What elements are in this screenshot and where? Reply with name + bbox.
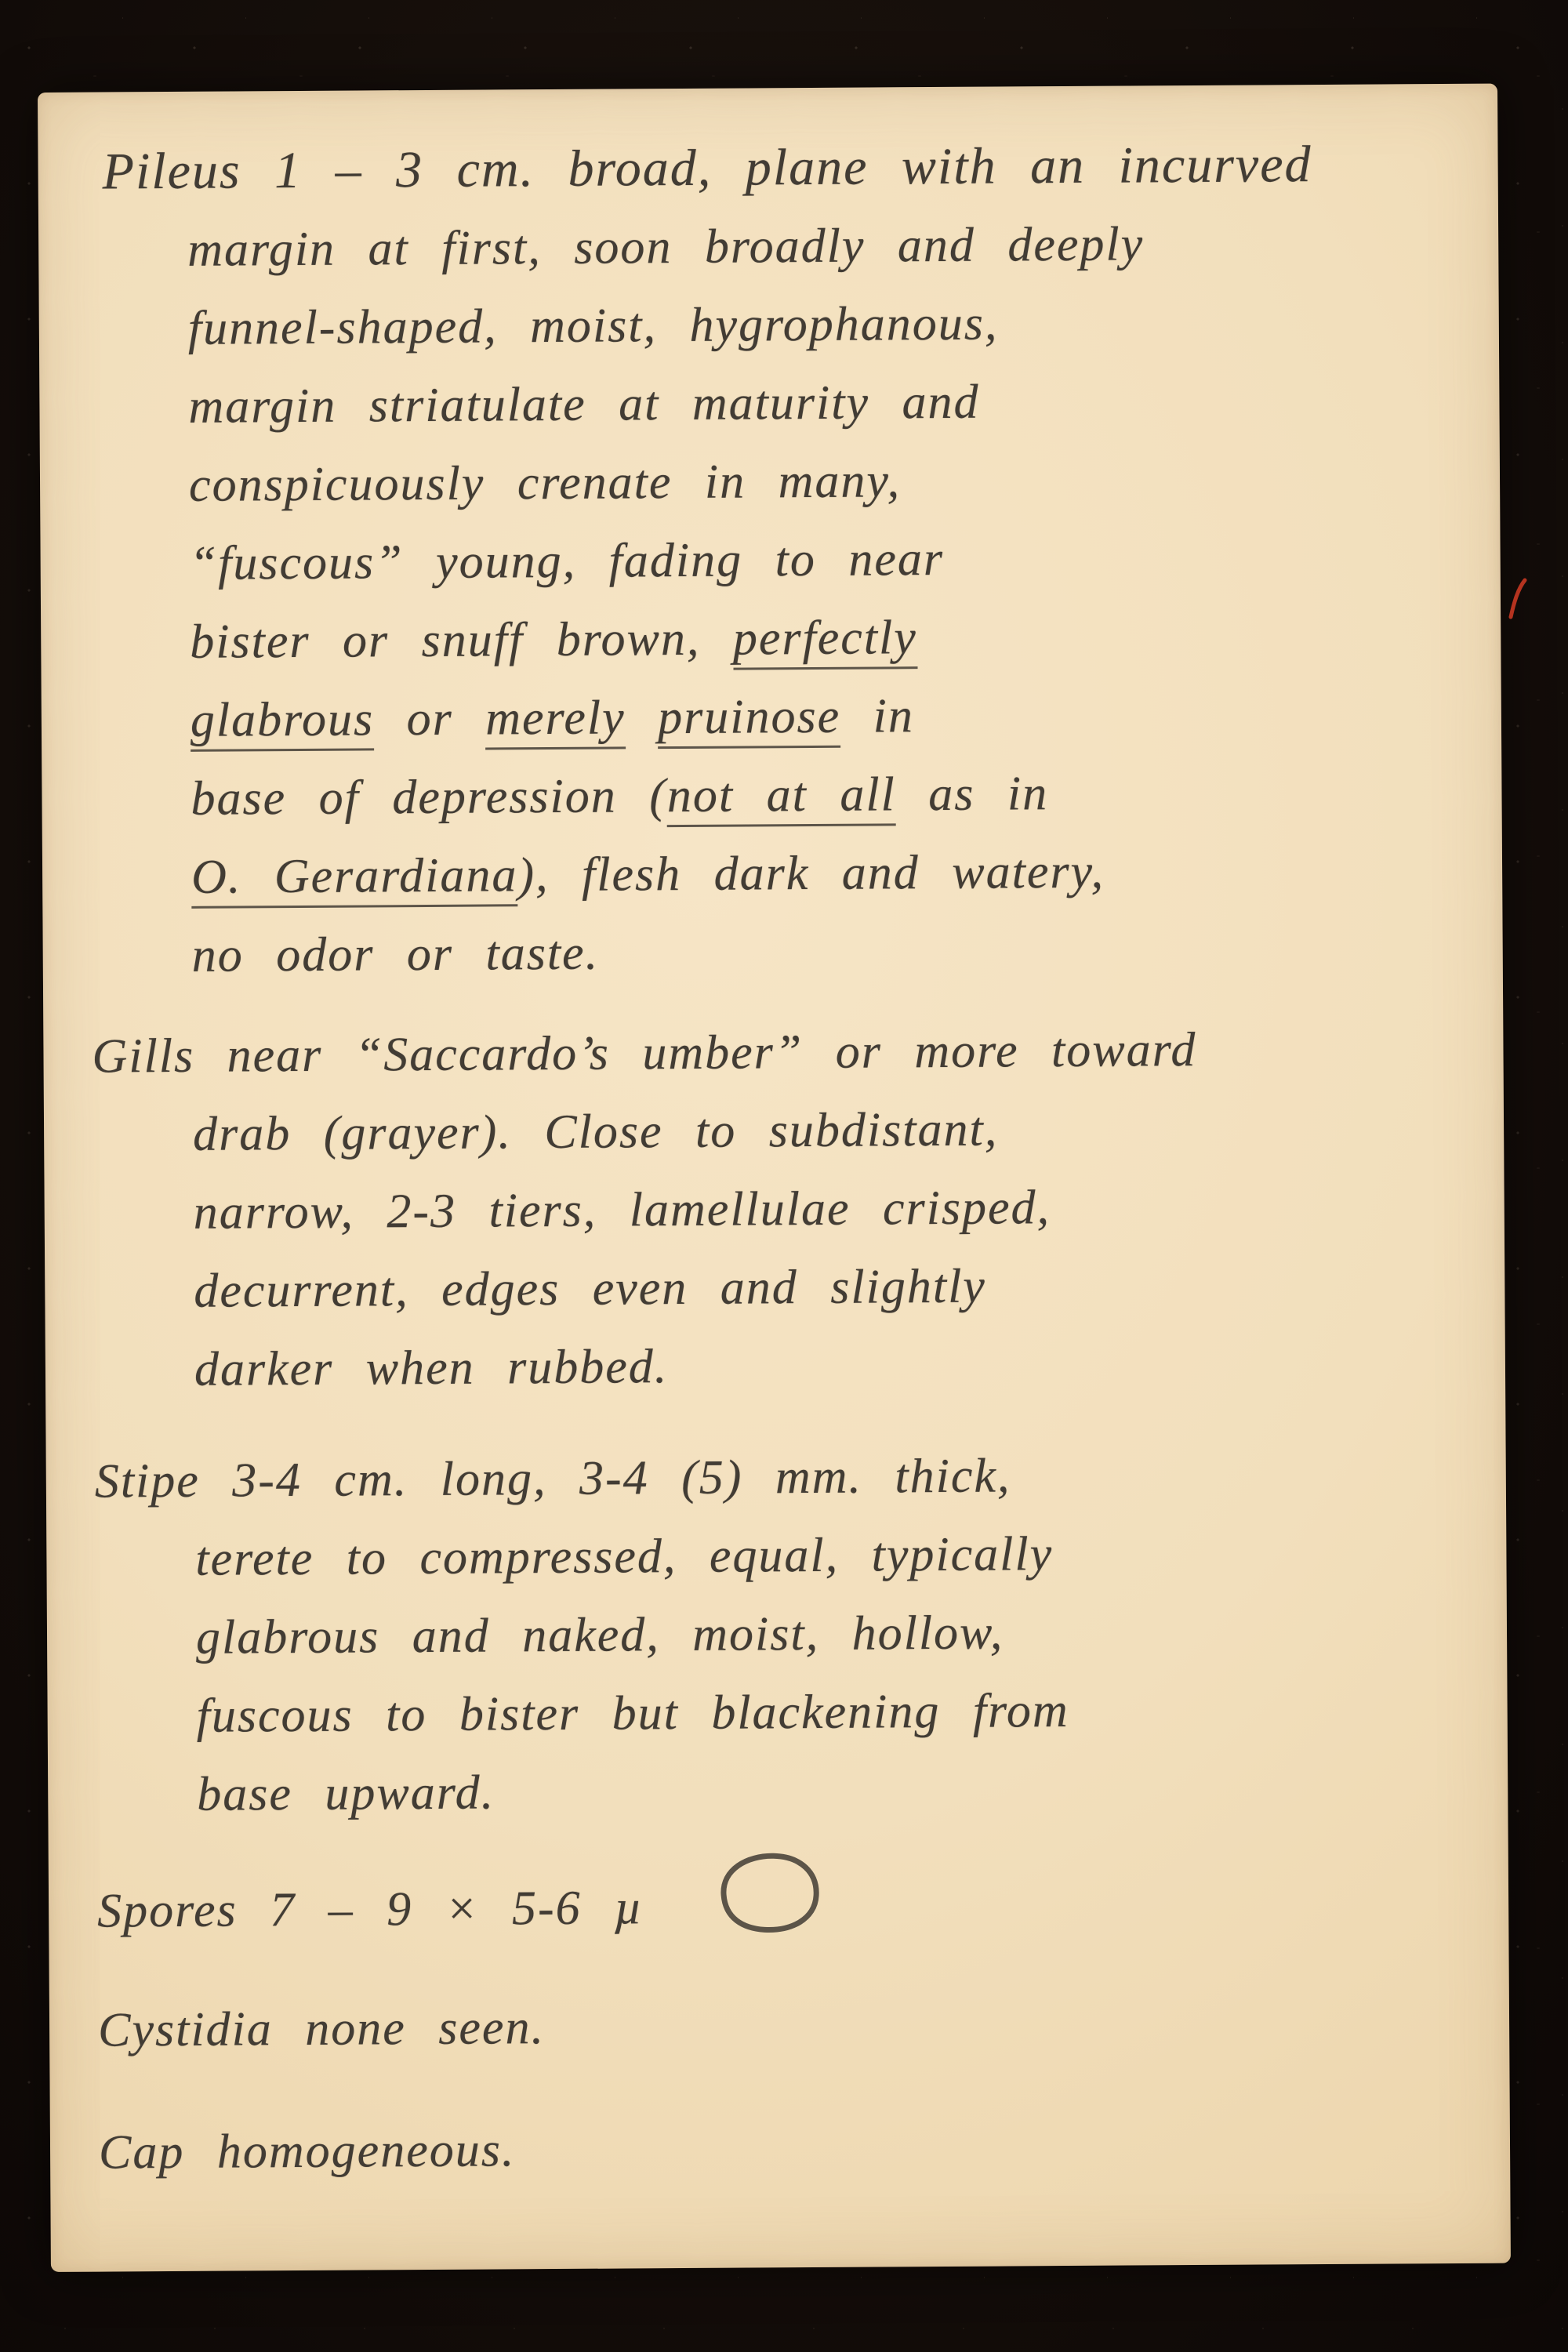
handwritten-word	[625, 691, 658, 744]
handwritten-line: glabrous and naked, moist, hollow,	[196, 1591, 1486, 1677]
handwritten-word: Stipe 3-4 cm. long, 3-4 (5) mm. thick,	[95, 1449, 1011, 1508]
handwritten-word: Cystidia none seen.	[98, 2001, 545, 2056]
handwritten-word: decurrent, edges even and slightly	[194, 1260, 986, 1318]
handwritten-word: conspicuously crenate in many,	[189, 454, 901, 512]
underlined-word: O. Gerardiana	[191, 848, 518, 909]
handwritten-word: “fuscous” young, fading to near	[189, 532, 944, 590]
section-cystidia: Cystidia none seen.	[98, 1983, 1488, 2070]
index-card: Pileus 1 – 3 cm. broad, plane with an in…	[38, 84, 1511, 2272]
handwritten-line: Gills near “Saccardo’s umber” or more to…	[92, 1009, 1482, 1096]
handwritten-line: Cystidia none seen.	[98, 1983, 1488, 2070]
section-stipe: Stipe 3-4 cm. long, 3-4 (5) mm. thick,te…	[95, 1434, 1486, 1835]
photo-background: Pileus 1 – 3 cm. broad, plane with an in…	[0, 0, 1568, 2352]
handwritten-word: ), flesh dark and watery,	[517, 845, 1105, 902]
handwritten-word: bister or snuff brown,	[190, 612, 733, 669]
handwritten-word: Cap homogeneous.	[99, 2123, 516, 2179]
handwritten-word: Spores 7 – 9 × 5-6 µ	[97, 1881, 644, 1937]
handwritten-word: or	[374, 692, 486, 746]
handwritten-line: bister or snuff brown, perfectly	[190, 595, 1479, 681]
handwritten-line: darker when rubbed.	[194, 1323, 1484, 1409]
handwritten-line: Spores 7 – 9 × 5-6 µ	[97, 1845, 1487, 1951]
section-pileus: Pileus 1 – 3 cm. broad, plane with an in…	[86, 125, 1481, 996]
underlined-word: not at all	[667, 768, 896, 827]
handwritten-line: decurrent, edges even and slightly	[194, 1244, 1483, 1330]
handwritten-line: “fuscous” young, fading to near	[189, 517, 1479, 603]
handwritten-word: fuscous to bister but blackening from	[196, 1684, 1069, 1743]
handwritten-word: margin at first, soon broadly and deeply	[187, 217, 1144, 276]
handwritten-line: Pileus 1 – 3 cm. broad, plane with an in…	[102, 125, 1476, 212]
handwritten-line: terete to compressed, equal, typically	[195, 1512, 1485, 1599]
handwritten-line: Cap homogeneous.	[99, 2105, 1489, 2192]
handwritten-text: Pileus 1 – 3 cm. broad, plane with an in…	[38, 84, 1511, 2272]
handwritten-word: in	[840, 689, 914, 743]
underlined-word: merely	[485, 691, 626, 750]
red-tick-mark	[1507, 576, 1529, 622]
handwritten-word: terete to compressed, equal, typically	[195, 1527, 1053, 1586]
handwritten-line: Stipe 3-4 cm. long, 3-4 (5) mm. thick,	[95, 1434, 1485, 1521]
handwritten-line: drab (grayer). Close to subdistant,	[193, 1087, 1483, 1174]
handwritten-word: drab (grayer). Close to subdistant,	[193, 1103, 999, 1161]
handwritten-word: no odor or taste.	[192, 927, 600, 982]
handwritten-word: glabrous and naked, moist, hollow,	[196, 1606, 1004, 1664]
handwritten-word: margin striatulate at maturity and	[188, 376, 979, 434]
underlined-word: perfectly	[733, 611, 917, 670]
handwritten-word: funnel-shaped, moist, hygrophanous,	[188, 297, 999, 355]
handwritten-line: margin at first, soon broadly and deeply	[187, 203, 1477, 289]
handwritten-line: no odor or taste.	[191, 909, 1481, 995]
spore-sketch	[709, 1849, 827, 1937]
handwritten-word: darker when rubbed.	[194, 1340, 669, 1396]
handwritten-word: Pileus 1 – 3 cm. broad, plane with an in…	[102, 136, 1312, 200]
section-gills: Gills near “Saccardo’s umber” or more to…	[92, 1009, 1483, 1410]
handwritten-word: base upward.	[197, 1766, 495, 1820]
underlined-word: pruinose	[658, 690, 840, 749]
handwritten-line: glabrous or merely pruinose in	[191, 673, 1480, 760]
handwritten-line: margin striatulate at maturity and	[188, 360, 1478, 446]
handwritten-line: funnel-shaped, moist, hygrophanous,	[188, 281, 1478, 368]
underlined-word: glabrous	[191, 692, 375, 751]
handwritten-line: O. Gerardiana), flesh dark and watery,	[191, 830, 1481, 916]
handwritten-line: base of depression (not at all as in	[191, 752, 1480, 838]
handwritten-word: as in	[896, 767, 1049, 821]
handwritten-line: fuscous to bister but blackening from	[196, 1669, 1486, 1755]
handwritten-line: narrow, 2-3 tiers, lamellulae crisped,	[193, 1166, 1483, 1252]
handwritten-word: narrow, 2-3 tiers, lamellulae crisped,	[194, 1181, 1051, 1240]
section-cap: Cap homogeneous.	[99, 2105, 1489, 2192]
section-spores: Spores 7 – 9 × 5-6 µ	[97, 1845, 1487, 1951]
handwritten-line: base upward.	[197, 1748, 1486, 1834]
handwritten-word: Gills near “Saccardo’s umber” or more to…	[92, 1023, 1196, 1083]
handwritten-word: base of depression (	[191, 769, 667, 826]
handwritten-line: conspicuously crenate in many,	[189, 438, 1479, 524]
